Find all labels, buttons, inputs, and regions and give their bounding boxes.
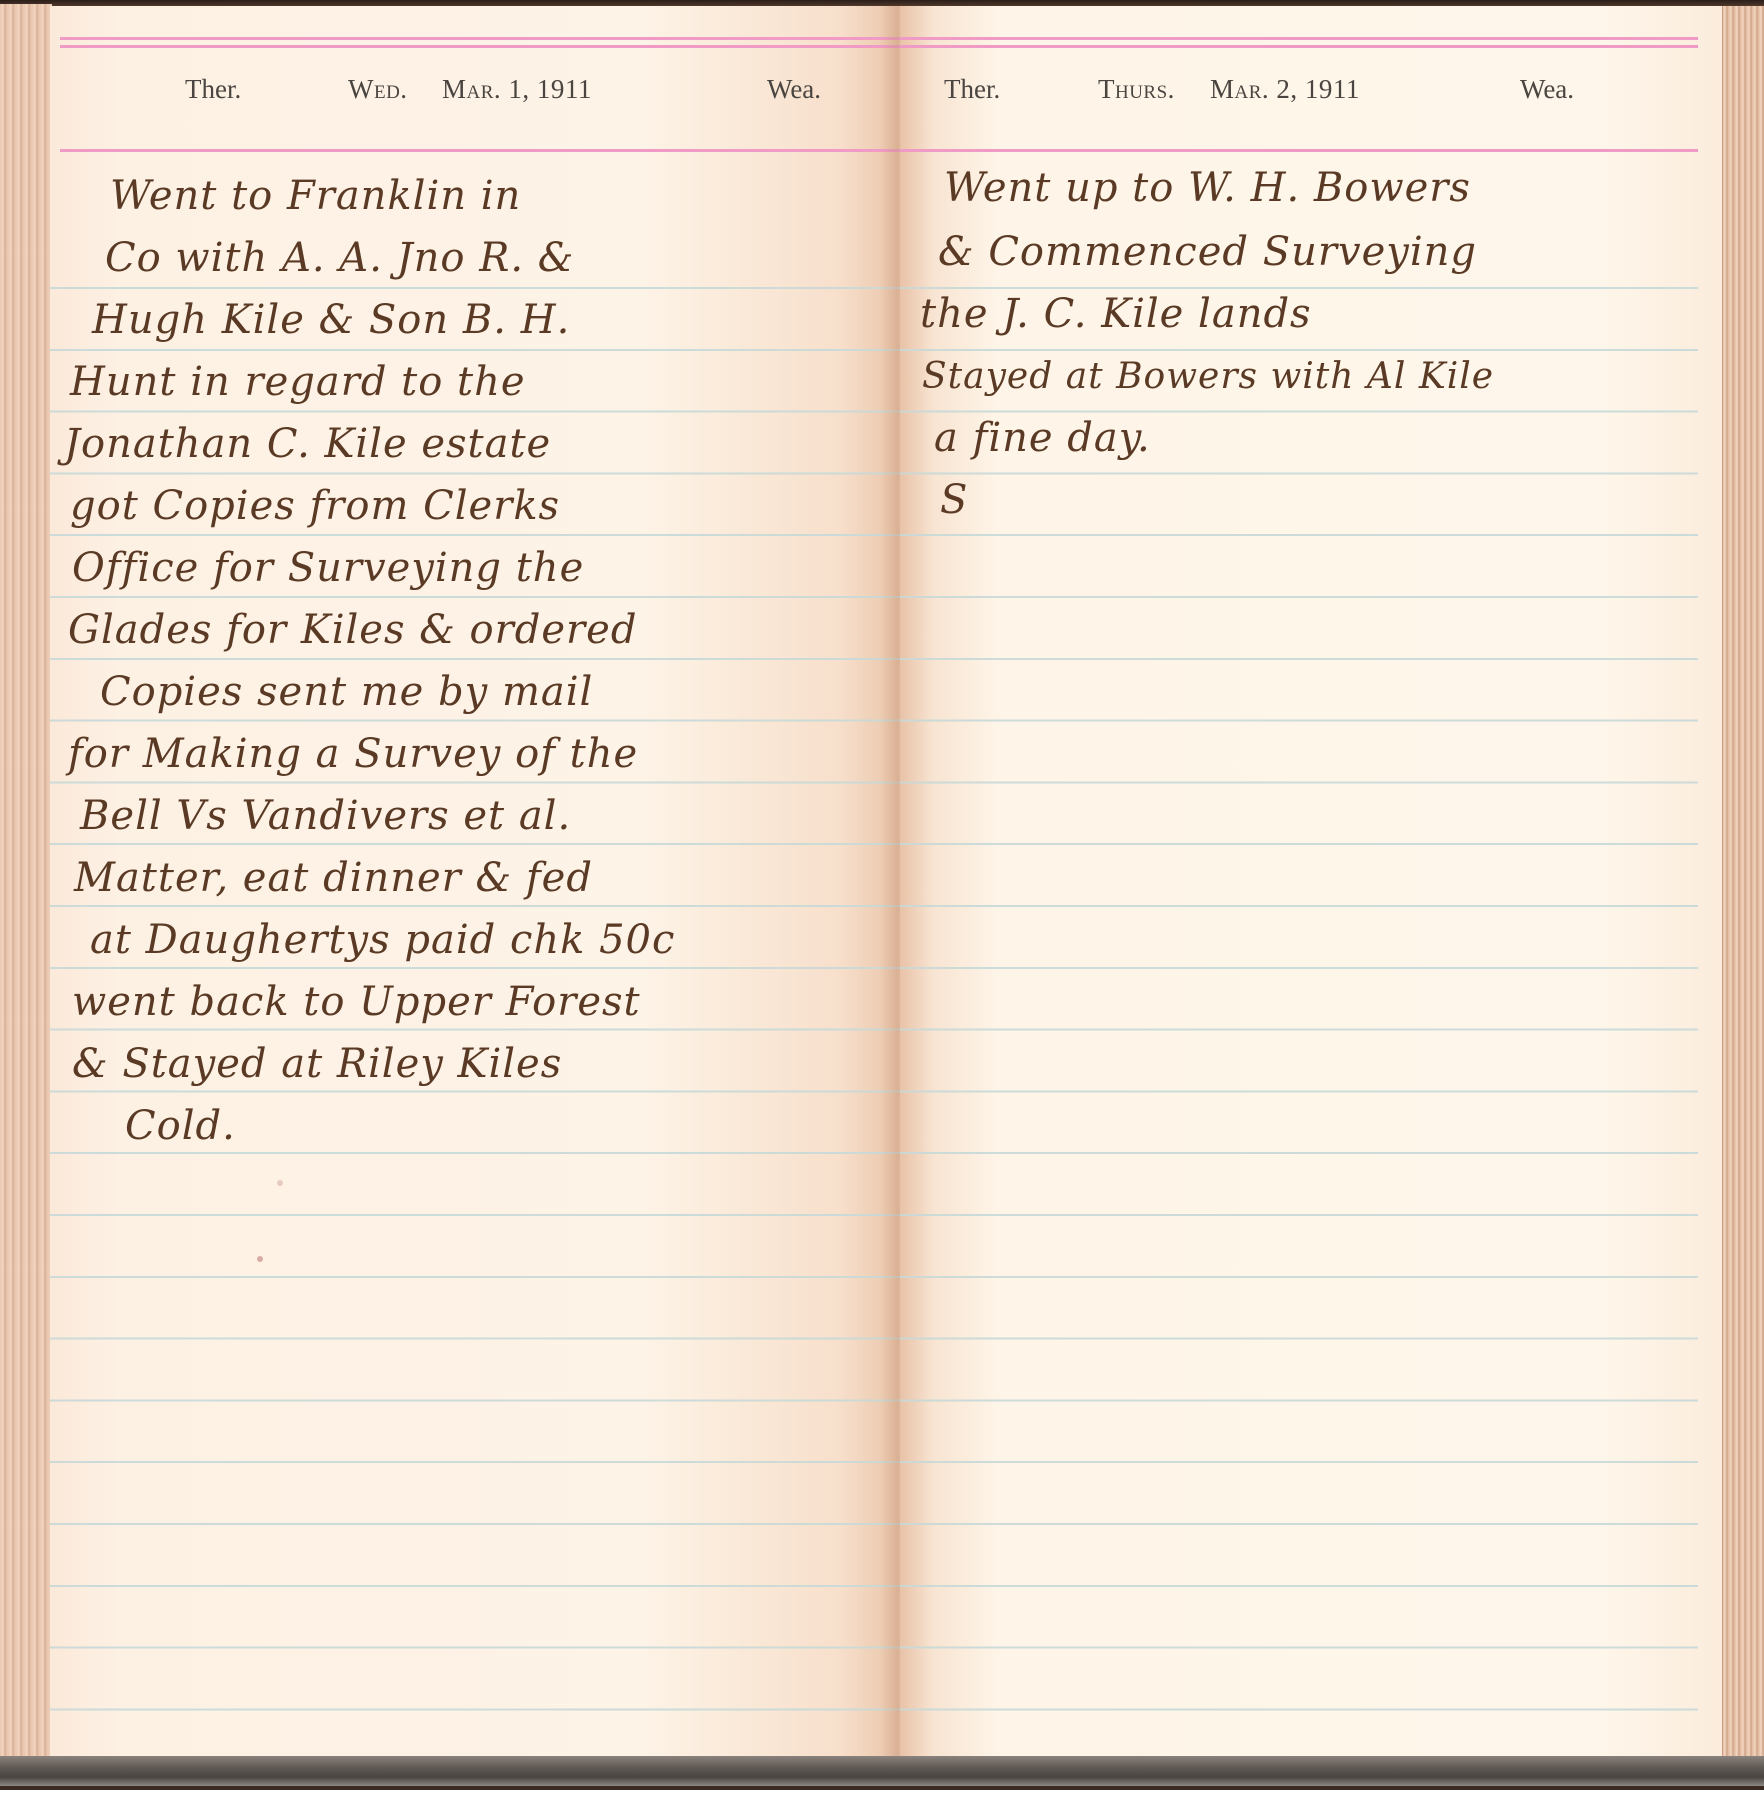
entry-line: Hugh Kile & Son B. H. (92, 290, 570, 352)
entry-line: & Stayed at Riley Kiles (72, 1034, 562, 1096)
entry-line: Hunt in regard to the (70, 352, 526, 414)
entry-date: Mar. 2, 1911 (1210, 74, 1360, 105)
left-page-edges (0, 4, 52, 1759)
right-page: Ther. Thurs. Mar. 2, 1911 Wea. Went up t… (900, 6, 1722, 1756)
diary-book: Ther. Wed. Mar. 1, 1911 Wea. Went to Fra… (0, 0, 1764, 1790)
entry-line: & Commenced Surveying (938, 222, 1477, 284)
header-top-rule (60, 37, 900, 40)
entry-line: the J. C. Kile lands (920, 284, 1312, 346)
entry-line: Co with A. A. Jno R. & (105, 228, 574, 290)
day-of-week: Thurs. (1098, 74, 1175, 105)
entry-line: a fine day. (934, 408, 1151, 470)
day-of-week: Wed. (348, 74, 408, 105)
header-bottom-rule (60, 149, 900, 152)
foxing-spot (277, 1180, 283, 1186)
entry-line: Went up to W. H. Bowers (944, 158, 1471, 220)
entry-line: at Daughertys paid chk 50c (90, 910, 675, 972)
entry-line: Matter, eat dinner & fed (74, 848, 593, 910)
thermometer-label: Ther. (944, 74, 1000, 105)
entry-date: Mar. 1, 1911 (442, 74, 592, 105)
entry-line: Office for Surveying the (72, 538, 584, 600)
header-top-rule (900, 37, 1698, 40)
book-binding-bottom (0, 1756, 1764, 1786)
entry-line: S (940, 470, 968, 532)
entry-line: Bell Vs Vandivers et al. (80, 786, 571, 848)
entry-line: Jonathan C. Kile estate (64, 414, 551, 476)
entry-line: Glades for Kiles & ordered (68, 600, 637, 662)
weather-label: Wea. (1520, 74, 1574, 105)
entry-line: got Copies from Clerks (70, 476, 560, 538)
thermometer-label: Ther. (185, 74, 241, 105)
weather-label: Wea. (767, 74, 821, 105)
entry-line: for Making a Survey of the (68, 724, 638, 786)
entry-line: Went to Franklin in (110, 166, 521, 228)
right-page-header: Ther. Thurs. Mar. 2, 1911 Wea. (900, 74, 1722, 108)
entry-line: Copies sent me by mail (100, 662, 593, 724)
header-bottom-rule (900, 149, 1698, 152)
right-page-edges (1722, 6, 1764, 1758)
entry-line: Cold. (125, 1096, 236, 1158)
foxing-spot (257, 1256, 263, 1262)
header-top-rule-inner (900, 45, 1698, 48)
left-page: Ther. Wed. Mar. 1, 1911 Wea. Went to Fra… (50, 6, 900, 1756)
entry-line: Stayed at Bowers with Al Kile (922, 346, 1494, 408)
left-page-header: Ther. Wed. Mar. 1, 1911 Wea. (50, 74, 900, 108)
header-top-rule-inner (60, 45, 900, 48)
entry-line: went back to Upper Forest (72, 972, 641, 1034)
